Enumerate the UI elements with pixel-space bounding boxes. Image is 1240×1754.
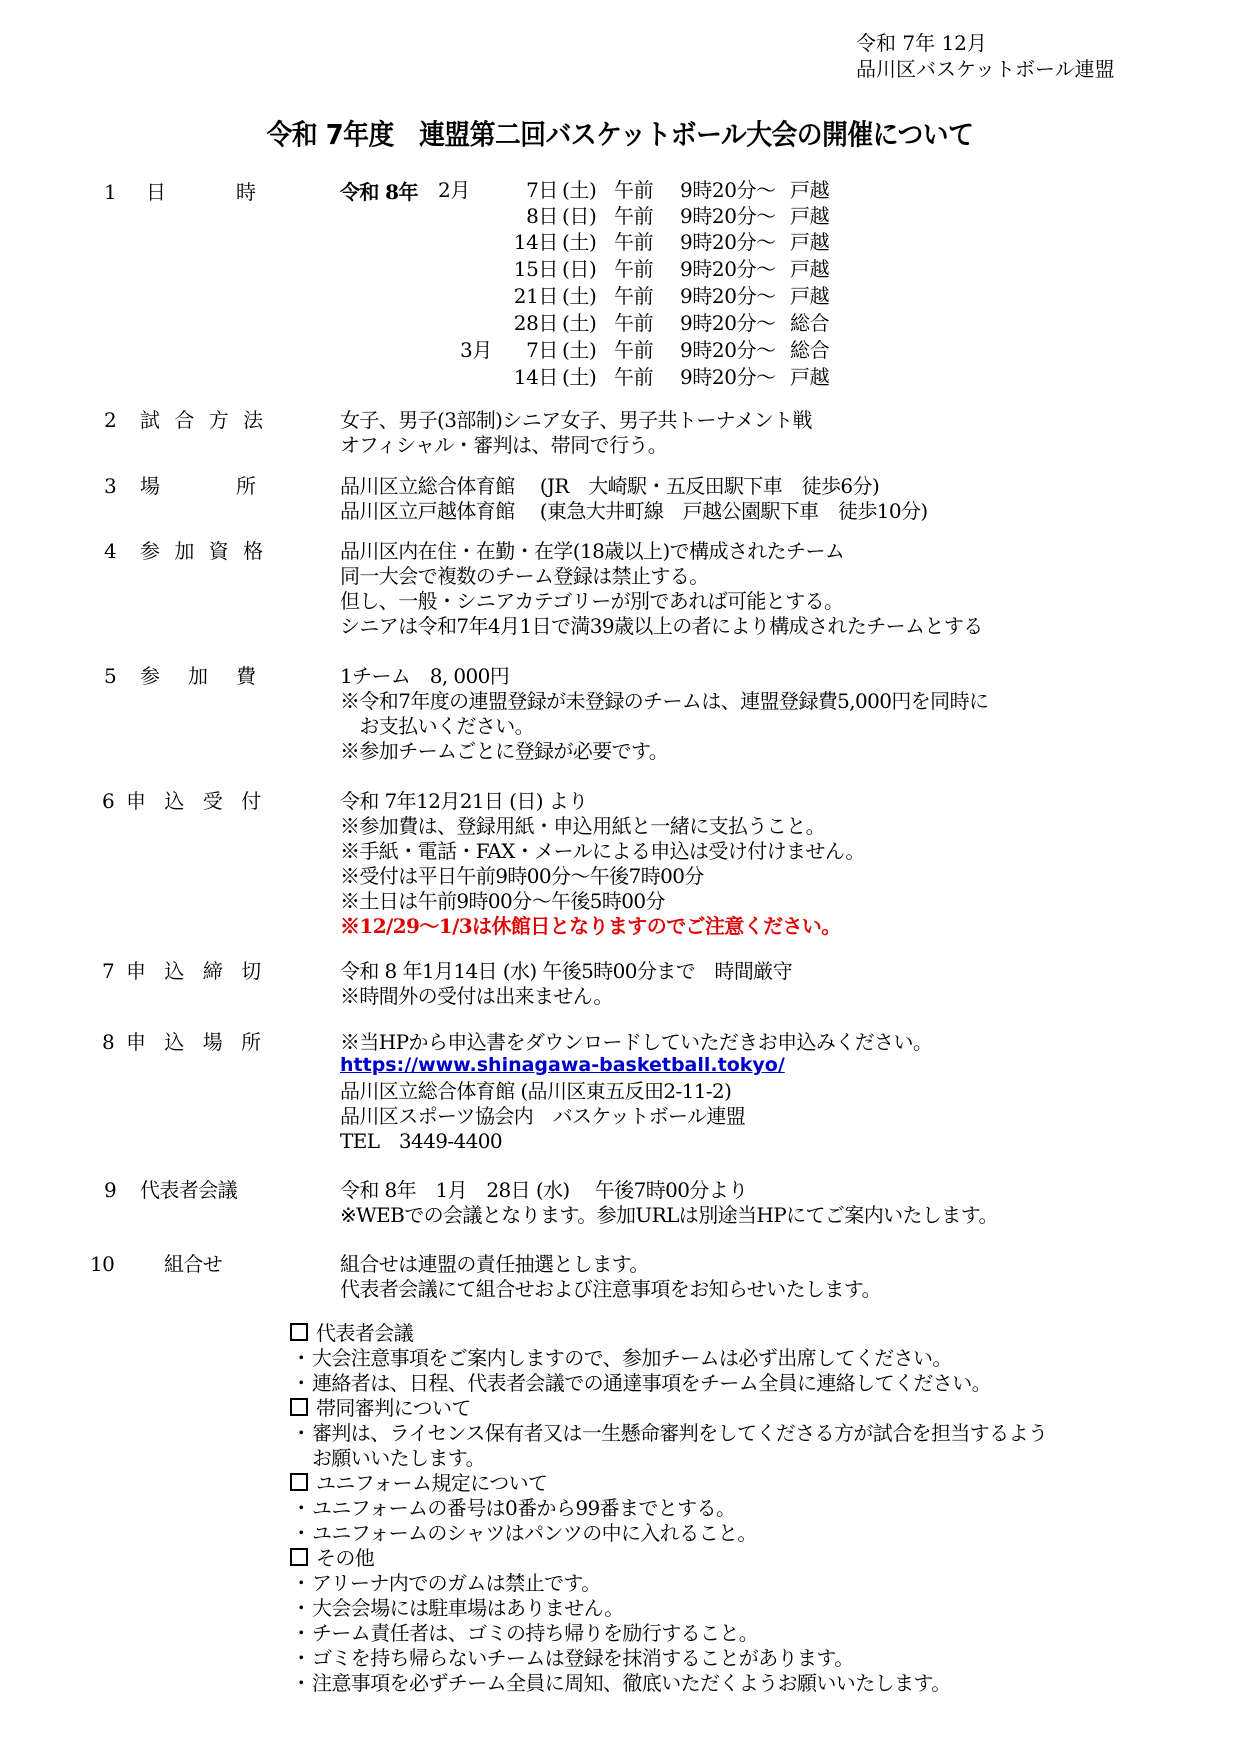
section-text: ※参加費は、登録用紙・申込用紙と一緒に支払うこと。: [340, 814, 825, 838]
section-number: 9: [104, 1178, 116, 1202]
section-label: 所: [236, 474, 255, 498]
section-label: 場: [140, 474, 159, 498]
section-text: 代表者会議にて組合せおよび注意事項をお知らせいたします。: [340, 1277, 881, 1301]
note-item: ・連絡者は、日程、代表者会議での通達事項をチーム全員に連絡してください。: [290, 1371, 991, 1396]
section-label: 申 込 受 付: [126, 789, 267, 813]
page-title: 令和 7年度 連盟第二回バスケットボール大会の開催について: [50, 113, 1191, 153]
section-text: オフィシャル・審判は、帯同で行う。: [340, 433, 667, 457]
note-heading: 帯同審判について: [290, 1396, 471, 1421]
bullet-icon: ・: [290, 1646, 312, 1671]
holiday-warning: ※12/29～1/3は休館日となりますのでご注意ください。: [340, 914, 841, 938]
note-heading: ユニフォーム規定について: [290, 1471, 547, 1496]
section-text: 1チーム 8, 000円: [340, 664, 509, 688]
note-item-continuation: お願いいたします。: [312, 1446, 485, 1471]
section-text: 令和 8 年1月14日 (水) 午後5時00分まで 時間厳守: [340, 959, 792, 983]
section-label: 参 加 費: [140, 664, 260, 688]
checkbox-square-icon: [290, 1548, 308, 1566]
section-number: 6: [102, 789, 114, 813]
website-link[interactable]: https://www.shinagawa-basketball.tokyo/: [340, 1054, 785, 1076]
section-text: ※当HPから申込書をダウンロードしていただきお申込みください。: [340, 1030, 932, 1054]
note-item: ・ユニフォームの番号は0番から99番までとする。: [290, 1496, 735, 1521]
bullet-icon: ・: [290, 1346, 312, 1371]
section-number: 3: [104, 474, 116, 498]
section-number: 2: [104, 408, 116, 432]
section-label: 試 合 方 法: [140, 408, 267, 432]
section-label: 時: [236, 180, 255, 204]
section-text: 令和 7年12月21日 (日) より: [340, 789, 588, 813]
section-text: 品川区内在住・在勤・在学(18歳以上)で構成されたチーム: [340, 539, 844, 563]
bullet-icon: ・: [290, 1496, 312, 1521]
bullet-icon: ・: [290, 1371, 312, 1396]
section-text: ※参加チームごとに登録が必要です。: [340, 739, 668, 763]
section-text: ※手紙・電話・FAX・メールによる申込は受け付けません。: [340, 839, 865, 863]
section-text: シニアは令和7年4月1日で満39歳以上の者により構成されたチームとする: [340, 614, 983, 638]
section-text: 品川区立総合体育館 (JR 大崎駅・五反田駅下車 徒歩6分): [340, 474, 879, 498]
section-text: ※時間外の受付は出来ません。: [340, 984, 613, 1008]
note-item: ・注意事項を必ずチーム全員に周知、徹底いただくようお願いいたします。: [290, 1671, 951, 1696]
bullet-icon: ・: [290, 1421, 312, 1446]
note-item: ・ユニフォームのシャツはパンツの中に入れること。: [290, 1521, 757, 1546]
section-label: 日: [146, 180, 165, 204]
section-number: 5: [104, 664, 116, 688]
note-item: ・ゴミを持ち帰らないチームは登録を抹消することがあります。: [290, 1646, 854, 1671]
bullet-icon: ・: [290, 1596, 312, 1621]
checkbox-square-icon: [290, 1473, 308, 1491]
section-number: 10: [90, 1252, 114, 1276]
section-label: 参 加 資 格: [140, 539, 267, 563]
issue-date: 令和 7年 12月: [856, 30, 987, 56]
section-text: お支払いください。: [340, 714, 534, 738]
section-number: 8: [102, 1030, 114, 1054]
section-label: 代表者会議: [140, 1178, 237, 1202]
note-item: ・チーム責任者は、ゴミの持ち帰りを励行すること。: [290, 1621, 758, 1646]
section-text: ※受付は平日午前9時00分～午後7時00分: [340, 864, 704, 888]
checkbox-square-icon: [290, 1323, 308, 1341]
note-item: ・大会会場には駐車場はありません。: [290, 1596, 624, 1621]
section-text: 令和 8年 1月 28日 (水) 午後7時00分より: [340, 1178, 748, 1202]
note-item: ・アリーナ内でのガムは禁止です。: [290, 1571, 601, 1596]
bullet-icon: ・: [290, 1571, 312, 1596]
checkbox-square-icon: [290, 1398, 308, 1416]
section-label: 申 込 場 所: [126, 1030, 267, 1054]
bullet-icon: ・: [290, 1621, 312, 1646]
section-label: 申 込 締 切: [126, 959, 267, 983]
bullet-icon: ・: [290, 1521, 312, 1546]
section-text: 品川区立総合体育館 (品川区東五反田2-11-2): [340, 1079, 731, 1103]
section-text: ※令和7年度の連盟登録が未登録のチームは、連盟登録費5,000円を同時に: [340, 689, 988, 713]
section-number: 1: [104, 180, 116, 204]
section-text: 但し、一般・シニアカテゴリーが別であれば可能とする。: [340, 589, 843, 613]
section-text: ※土日は午前9時00分～午後5時00分: [340, 889, 665, 913]
section-text: 同一大会で複数のチーム登録は禁止する。: [340, 564, 709, 588]
section-text: 品川区スポーツ協会内 バスケットボール連盟: [340, 1104, 745, 1128]
section-text: ※WEBでの会議となります。参加URLは別途当HPにてご案内いたします。: [340, 1203, 998, 1227]
schedule-era: 令和 8年: [340, 180, 418, 204]
note-heading: その他: [290, 1546, 374, 1571]
section-number: 4: [104, 539, 116, 563]
note-heading: 代表者会議: [290, 1321, 413, 1346]
section-number: 7: [102, 959, 114, 983]
phone-number: TEL 3449-4400: [340, 1129, 502, 1153]
document-page: 令和 7年 12月 品川区バスケットボール連盟 令和 7年度 連盟第二回バスケッ…: [0, 0, 1240, 1754]
section-text: 品川区立戸越体育館 (東急大井町線 戸越公園駅下車 徒歩10分): [340, 499, 928, 523]
section-text: 女子、男子(3部制)シニア女子、男子共トーナメント戦: [340, 408, 812, 432]
section-text: 組合せは連盟の責任抽選とします。: [340, 1252, 649, 1276]
issuing-organization: 品川区バスケットボール連盟: [856, 56, 1115, 82]
section-label: 組合せ: [164, 1252, 222, 1276]
note-item: ・大会注意事項をご案内しますので、参加チームは必ず出席してください。: [290, 1346, 952, 1371]
note-item: ・審判は、ライセンス保有者又は一生懸命審判をしてくださる方が試合を担当するよう: [290, 1421, 1047, 1446]
bullet-icon: ・: [290, 1671, 312, 1696]
